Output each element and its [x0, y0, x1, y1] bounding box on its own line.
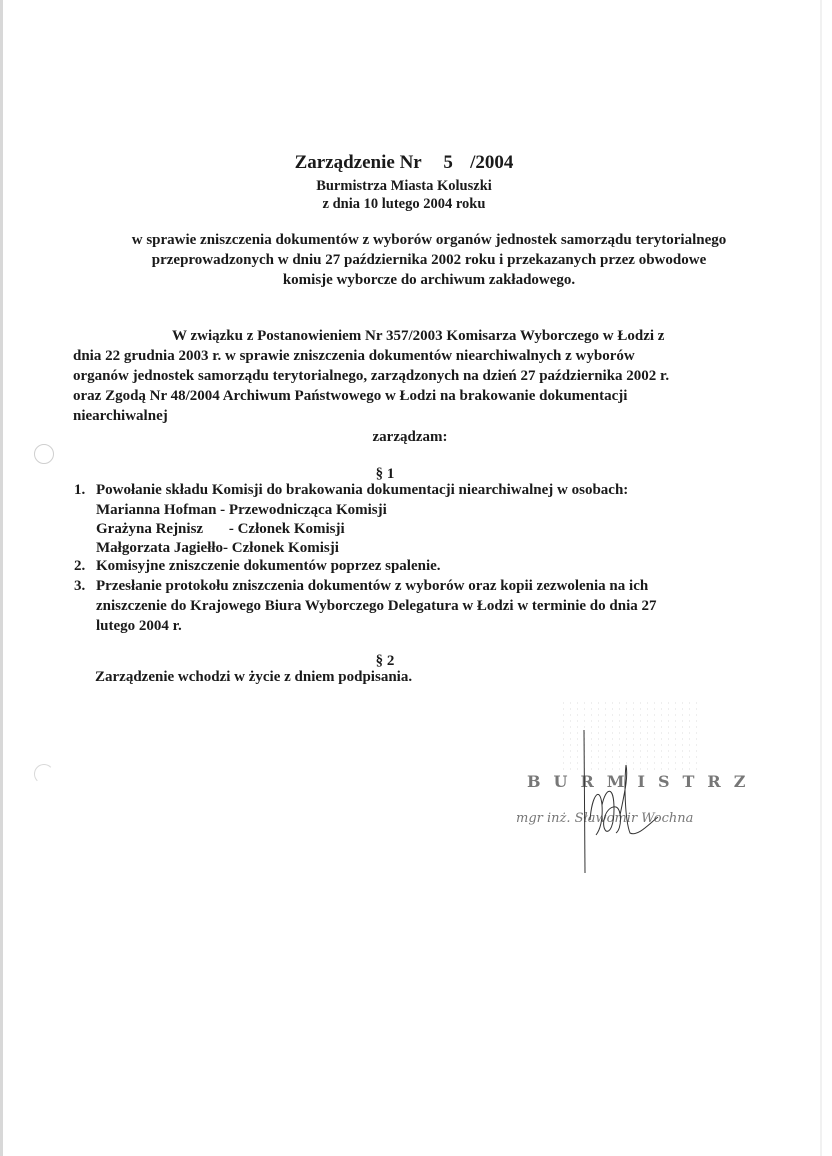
list-text: Przesłanie protokołu zniszczenia dokumen… [96, 578, 648, 594]
preamble-line: dnia 22 grudnia 2003 r. w sprawie zniszc… [73, 348, 635, 365]
member-role: - Członek Komisji [223, 540, 339, 556]
scan-edge-right [820, 0, 822, 1156]
preamble-line: organów jednostek samorządu terytorialne… [73, 368, 669, 385]
subject-line: w sprawie zniszczenia dokumentów z wybor… [0, 232, 832, 249]
punch-hole-icon [34, 764, 54, 784]
preamble-line: oraz Zgodą Nr 48/2004 Archiwum Państwowe… [73, 388, 627, 405]
list-text: Powołanie składu Komisji do brakowania d… [96, 482, 628, 498]
list-item: 2.Komisyjne zniszczenie dokumentów poprz… [74, 558, 441, 575]
document-title: Zarządzenie Nr 5/2004 [0, 152, 808, 174]
member-name: Marianna Hofman [96, 502, 216, 518]
document-number: 5 [426, 152, 470, 174]
section-heading: § 2 [0, 653, 770, 670]
document-issuer: Burmistrza Miasta Koluszki [0, 178, 808, 195]
list-number: 3. [74, 578, 96, 595]
effective-clause: Zarządzenie wchodzi w życie z dniem podp… [95, 669, 412, 686]
preamble-line: niearchiwalnej [73, 408, 168, 425]
list-text-continuation: lutego 2004 r. [96, 618, 182, 635]
committee-member: Małgorzata Jagiełło- Członek Komisji [96, 540, 339, 557]
committee-member: Marianna Hofman - Przewodnicząca Komisji [96, 502, 387, 519]
member-role: - Członek Komisji [229, 521, 345, 537]
preamble-line: W związku z Postanowieniem Nr 357/2003 K… [172, 328, 664, 345]
list-number: 1. [74, 482, 96, 499]
list-text: Komisyjne zniszczenie dokumentów poprzez… [96, 558, 441, 574]
subject-line: przeprowadzonych w dniu 27 października … [0, 252, 832, 269]
subject-line: komisje wyborcze do archiwum zakładowego… [0, 272, 832, 289]
committee-member: Grażyna Rejnisz - Członek Komisji [96, 521, 345, 538]
punch-hole-icon [34, 444, 54, 464]
document-date: z dnia 10 lutego 2004 roku [0, 196, 808, 213]
member-name: Grażyna Rejnisz [96, 521, 203, 537]
list-item: 3.Przesłanie protokołu zniszczenia dokum… [74, 578, 648, 595]
list-number: 2. [74, 558, 96, 575]
handwritten-signature-icon [570, 725, 680, 875]
document-year: /2004 [470, 152, 513, 173]
list-text-continuation: zniszczenie do Krajowego Biura Wyborczeg… [96, 598, 657, 615]
list-item: 1.Powołanie składu Komisji do brakowania… [74, 482, 628, 499]
section-heading: § 1 [0, 466, 770, 483]
title-prefix: Zarządzenie Nr [295, 152, 422, 173]
member-role: - Przewodnicząca Komisji [220, 502, 387, 518]
decree-word: zarządzam: [0, 429, 820, 446]
member-name: Małgorzata Jagiełło [96, 540, 223, 556]
